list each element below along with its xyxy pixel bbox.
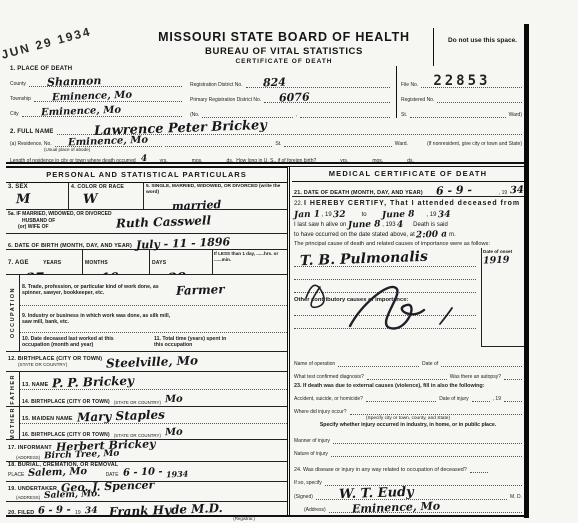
filed-year-prefix: 19 <box>75 510 81 516</box>
signed-label: (Signed) <box>294 494 313 500</box>
dotted-line <box>366 392 436 402</box>
dotted-line: Eminence, Mo <box>55 137 162 147</box>
dotted-line: 824 <box>246 78 390 88</box>
registration-district-row: Registration District No. 824 <box>190 73 390 88</box>
manner-row: Manner of injury <box>292 434 524 444</box>
no-label: (No. <box>190 112 199 118</box>
spouse-labels: 5a. IF MARRIED, WIDOWED, OR DIVORCED HUS… <box>8 211 112 232</box>
undertaker-address-label: (ADDRESS) <box>8 495 40 500</box>
signed-row: (Signed) W. T. Eudy M. D. <box>292 490 524 500</box>
dotted-line <box>333 434 522 444</box>
street-number-row: (No. , <box>190 103 390 118</box>
registered-no-row: Registered No. <box>401 88 522 103</box>
father-bp-sub: (STATE OR COUNTRY) <box>114 400 161 405</box>
race-label: 4. COLOR OR RACE <box>71 184 141 190</box>
st-ward-row: St. Ward) <box>401 103 522 118</box>
spouse-value: Ruth Casswell <box>115 214 210 229</box>
attended-from-value: Jan 1 <box>294 210 320 220</box>
birthplace-field: 12. BIRTHPLACE (CITY OR TOWN) (STATE OR … <box>6 352 287 372</box>
informant-label: 17. INFORMANT <box>8 445 52 451</box>
where-injury-row: Where did injury occur? <box>292 405 524 415</box>
dotted-line <box>202 108 292 118</box>
nonresident-note: (If nonresident, give city or town and S… <box>427 141 522 147</box>
spouse-label: 5a. IF MARRIED, WIDOWED, OR DIVORCED <box>8 211 112 218</box>
race-value: W <box>83 193 98 207</box>
sex-value: M <box>16 193 31 206</box>
filed-year-value: 34 <box>84 507 97 516</box>
dotted-line: W. T. Eudy <box>316 490 507 500</box>
certify-line-2: Jan 1 , 19 32 to June 8 , 19 34 <box>294 210 522 220</box>
certify-num: 22. <box>294 201 302 207</box>
onset-value: 1919 <box>483 255 510 265</box>
last-saw-value: June 8 <box>348 220 381 230</box>
burial-place-label: PLACE <box>8 472 24 478</box>
medical-certificate-column: MEDICAL CERTIFICATE OF DEATH 21. DATE OF… <box>292 167 524 515</box>
attended-to-value: June 8 <box>382 210 415 220</box>
personal-title: PERSONAL AND STATISTICAL PARTICULARS <box>6 167 287 183</box>
marital-value: married <box>172 199 222 209</box>
dotted-line: Shannon <box>29 77 182 87</box>
industry-field: 9. Industry or business in which work wa… <box>20 306 287 333</box>
accident-label: Accident, suicide, or homicide? <box>294 396 363 402</box>
m-label: m. <box>449 232 456 238</box>
dotted-line: 22853 <box>421 78 522 88</box>
age-label: 7. AGE <box>8 260 29 266</box>
cause-line: T. B. Pulmonalis <box>294 250 476 267</box>
sex-race-marital-row: 3. SEX M 4. COLOR OR RACE W 5. SINGLE, M… <box>6 183 287 210</box>
occurred-label: to have occurred on the date stated abov… <box>294 232 415 238</box>
informant-address-label: (ADDRESS) <box>8 455 40 460</box>
last-worked-field: 10. Date deceased last worked at this oc… <box>20 333 287 351</box>
informant-field: 17. INFORMANT Herbert Brickey (ADDRESS) … <box>6 440 287 462</box>
dotted-line <box>325 476 522 486</box>
full-name-row: 2. FULL NAME Lawrence Peter Brickey <box>10 120 522 135</box>
operation-label: Name of operation <box>294 361 335 367</box>
dotted-line <box>441 357 522 367</box>
age-years-cell: 7. AGE YEARS 37 <box>6 250 83 274</box>
full-name-section: 2. FULL NAME Lawrence Peter Brickey (a) … <box>10 120 522 162</box>
dotted-line <box>410 108 505 118</box>
physician-address-row: (Address) Eminence, Mo <box>292 503 524 513</box>
dotted-line <box>504 370 522 380</box>
marital-label: 5. SINGLE, MARRIED, WIDOWED, OR DIVORCED… <box>146 184 285 196</box>
city-row: City Eminence, Mo <box>10 102 182 117</box>
death-date-year-prefix: , 19 <box>499 190 507 196</box>
months-label: MONTHS <box>85 260 108 266</box>
death-said-label: Death is said <box>413 222 448 228</box>
operation-row: Name of operation Date of <box>292 357 524 367</box>
father-side-label-cell: FATHER <box>6 372 20 406</box>
md-label: M. D. <box>510 494 522 500</box>
primary-district-label: Primary Registration District No. <box>190 97 261 103</box>
onset-label: Date of onset <box>483 249 523 254</box>
medical-title: MEDICAL CERTIFICATE OF DEATH <box>292 167 524 182</box>
age-days-cell: DAYS 28 <box>150 250 213 274</box>
occupation-question-row: 24. Was disease or injury in any way rel… <box>292 463 524 473</box>
trade-value: Farmer <box>176 283 225 297</box>
burial-date-value: 6 - 10 - <box>122 467 162 478</box>
residence-ward-label: Ward. <box>395 141 408 147</box>
age-months-value: 10 <box>101 272 120 274</box>
nature-label: Nature of injury <box>294 451 328 457</box>
mother-bp-value: Mo <box>165 428 183 439</box>
file-number-column: File No. 22853 Registered No. St. Ward) <box>396 66 522 118</box>
age-less-cell: If LESS than 1 day, ......hrs. or ......… <box>213 250 287 274</box>
industry-label: 9. Industry or business in which work wa… <box>22 313 172 326</box>
township-label: Township <box>10 96 31 102</box>
dotted-line <box>294 303 476 316</box>
primary-district-row: Primary Registration District No. 6076 <box>190 88 390 103</box>
test-label: What test confirmed diagnosis? <box>294 374 364 380</box>
county-value: Shannon <box>47 75 102 88</box>
last-saw-label: I last saw h <box>294 222 324 228</box>
file-no-value: 22853 <box>433 74 490 88</box>
date-of-death-field: 21. DATE OF DEATH (MONTH, DAY, AND YEAR)… <box>292 182 524 197</box>
file-no-row: File No. 22853 <box>401 73 522 88</box>
place-of-death-section: 1. PLACE OF DEATH County Shannon Townshi… <box>10 66 522 118</box>
primary-district-value: 6076 <box>279 91 310 103</box>
comma: , <box>296 112 297 118</box>
abode-note: (Usual place of abode) <box>44 147 522 154</box>
age-row: 7. AGE YEARS 37 MONTHS 10 DAYS 28 If LES… <box>6 250 287 275</box>
certify-intro: I HEREBY CERTIFY, That I attended deceas… <box>304 200 520 207</box>
filed-field: 20. FILED 6 - 9 - 19 34 Frank Hyde M.D. … <box>6 502 287 520</box>
father-birthplace-field: 14. BIRTHPLACE (CITY OR TOWN) (STATE OR … <box>20 390 287 407</box>
st-label: St. <box>401 112 407 118</box>
filed-date-value: 6 - 9 - <box>38 505 71 516</box>
full-name-label: 2. FULL NAME <box>10 129 54 135</box>
no-space-note: Do not use this space. <box>448 37 517 44</box>
physician-address-label: (Address) <box>304 507 326 513</box>
total-time-label: 11. Total time (years) spent in this occ… <box>154 336 234 349</box>
last-worked-label: 10. Date deceased last worked at this oc… <box>22 336 142 349</box>
certify-line-4: to have occurred on the date stated abov… <box>294 230 522 240</box>
received-date-stamp: JUN 29 1934 <box>0 24 93 62</box>
dotted-line <box>284 137 391 147</box>
filed-label: 20. FILED <box>8 510 34 516</box>
marital-field: 5. SINGLE, MARRIED, WIDOWED, OR DIVORCED… <box>144 183 287 209</box>
mother-side-label-cell: MOTHER <box>6 407 20 439</box>
mother-side-label: MOTHER <box>10 407 16 440</box>
right-border-bar <box>524 24 529 518</box>
board-title: MISSOURI STATE BOARD OF HEALTH <box>138 30 430 46</box>
dotted-line <box>350 405 522 415</box>
age-years-value: 37 <box>26 272 45 274</box>
test-row: What test confirmed diagnosis? Was there… <box>292 370 524 380</box>
injury-year-suffix: , 19 <box>493 396 501 402</box>
dotted-line <box>338 357 419 367</box>
burial-place-value: Salem, Mo <box>28 467 87 479</box>
father-name-field: 13. NAME P. P. Brickey <box>20 372 287 390</box>
to-year-prefix: , 19 <box>426 212 436 218</box>
certify-line-3: I last saw h alive on June 8 , 193 4 Dea… <box>294 220 522 230</box>
death-certificate-scan: JUN 29 1934 MISSOURI STATE BOARD OF HEAL… <box>0 0 578 523</box>
dotted-line: Lawrence Peter Brickey <box>57 125 522 135</box>
father-block: FATHER 13. NAME P. P. Brickey 14. BIRTHP… <box>6 372 287 407</box>
place-of-death-column: 1. PLACE OF DEATH County Shannon Townshi… <box>10 66 182 118</box>
residence-row: (a) Residence, No. Eminence, Mo St. Ward… <box>10 135 522 147</box>
occupation-block: OCCUPATION 8. Trade, profession, or part… <box>6 275 287 352</box>
date-of-onset-box: Date of onset 1919 <box>481 248 524 347</box>
registration-district-label: Registration District No. <box>190 82 243 88</box>
dotted-line: Eminence, Mo <box>22 107 182 117</box>
principal-cause-label: The principal cause of death and related… <box>294 240 522 248</box>
residence-st-label: St. <box>275 141 281 147</box>
occupation-fields: 8. Trade, profession, or particular kind… <box>20 275 287 351</box>
occupation-side-label-cell: OCCUPATION <box>6 275 20 351</box>
father-bp-value: Mo <box>165 395 183 406</box>
where-injury-label: Where did injury occur? <box>294 409 347 415</box>
date-of-birth-field: 6. DATE OF BIRTH (MONTH, DAY, AND YEAR) … <box>6 234 287 250</box>
mother-block: MOTHER 15. MAIDEN NAME Mary Staples 16. … <box>6 407 287 440</box>
dotted-line <box>294 316 476 329</box>
father-side-label: FATHER <box>10 374 16 405</box>
from-year-prefix: , 19 <box>322 212 332 218</box>
dotted-line <box>470 463 488 473</box>
city-label: City <box>10 111 19 117</box>
age-months-cell: MONTHS 10 <box>83 250 150 274</box>
dotted-line: 6076 <box>264 93 390 103</box>
township-value: Eminence, Mo <box>51 91 131 104</box>
mother-maiden-value: Mary Staples <box>76 408 164 423</box>
form-header: MISSOURI STATE BOARD OF HEALTH BUREAU OF… <box>138 30 430 66</box>
mother-bp-label: 16. BIRTHPLACE (CITY OR TOWN) <box>22 432 110 438</box>
father-bp-label: 14. BIRTHPLACE (CITY OR TOWN) <box>22 399 110 405</box>
dotted-line <box>437 93 522 103</box>
years-label: YEARS <box>43 260 61 266</box>
dotted-line <box>165 137 272 147</box>
burial-year-value: 1934 <box>166 470 189 479</box>
to-label: to <box>362 212 367 218</box>
spouse-field: 5a. IF MARRIED, WIDOWED, OR DIVORCED HUS… <box>6 210 287 234</box>
county-label: County <box>10 81 26 87</box>
undertaker-address-value: Salem, Mo. <box>44 490 100 501</box>
father-name-value: P. P. Brickey <box>52 374 134 389</box>
last-year-value: 4 <box>397 220 404 229</box>
occupation-side-label: OCCUPATION <box>10 287 16 338</box>
physician-address-value: Eminence, Mo <box>352 500 440 514</box>
nature-row: Nature of injury <box>292 447 524 457</box>
race-field: 4. COLOR OR RACE W <box>69 183 144 209</box>
certify-line-1: 22. I HEREBY CERTIFY, That I attended de… <box>294 199 522 210</box>
dotted-line <box>300 108 390 118</box>
mother-maiden-field: 15. MAIDEN NAME Mary Staples <box>20 407 287 424</box>
age-less-note: If LESS than 1 day, ......hrs. or ......… <box>214 251 286 263</box>
county-row: County Shannon <box>10 72 182 87</box>
wife-of-label: (or) WIFE OF <box>8 224 112 231</box>
death-date-year: 34 <box>510 186 524 196</box>
personal-particulars-column: PERSONAL AND STATISTICAL PARTICULARS 3. … <box>6 167 290 515</box>
dotted-line <box>294 280 476 293</box>
dob-label: 6. DATE OF BIRTH (MONTH, DAY, AND YEAR) <box>8 243 132 249</box>
bureau-title: BUREAU OF VITAL STATISTICS <box>138 46 430 58</box>
injury-date-label: Date of injury <box>439 396 468 402</box>
occupation-question-label: 24. Was disease or injury in any way rel… <box>294 467 467 473</box>
dotted-line <box>331 447 522 457</box>
dotted-line <box>294 267 476 280</box>
operation-date-label: Date of <box>422 361 438 367</box>
external-causes-label: 23. If death was due to external causes … <box>294 383 485 389</box>
age-days-value: 28 <box>168 272 187 274</box>
ward-label: Ward) <box>509 112 522 118</box>
informant-address-value: Birch Tree, Mo <box>44 450 120 462</box>
dotted-line <box>472 392 490 402</box>
last-year-prefix: , 193 <box>382 222 395 228</box>
from-year-value: 32 <box>333 210 346 219</box>
registration-column: Registration District No. 824 Primary Re… <box>182 66 396 118</box>
specify-city-note: (Specify city or town, county, and State… <box>292 416 524 421</box>
cause-of-death-area: Date of onset 1919 T. B. Pulmonalis Othe… <box>292 248 524 354</box>
township-row: Township Eminence, Mo <box>10 87 182 102</box>
physician-signature: W. T. Eudy <box>339 486 414 502</box>
dotted-line <box>367 370 447 380</box>
death-date-value: 6 - 9 - <box>436 184 472 196</box>
specify-place-note: Specify whether injury occurred in indus… <box>292 422 524 428</box>
if-so-label: If so, specify <box>294 480 322 486</box>
autopsy-label: Was there an autopsy? <box>450 374 501 380</box>
manner-label: Manner of injury <box>294 438 330 444</box>
dotted-line <box>504 392 522 402</box>
registered-no-label: Registered No. <box>401 97 434 103</box>
file-no-label: File No. <box>401 82 418 88</box>
external-causes-row: 23. If death was due to external causes … <box>292 383 524 389</box>
birthplace-sub-label: (STATE OR COUNTRY) <box>8 362 102 367</box>
days-label: DAYS <box>152 260 166 266</box>
trade-label: 8. Trade, profession, or particular kind… <box>22 284 172 297</box>
certify-paragraph: 22. I HEREBY CERTIFY, That I attended de… <box>292 197 524 248</box>
mother-maiden-label: 15. MAIDEN NAME <box>22 416 73 422</box>
birthplace-value: Steelville, Mo <box>106 354 198 369</box>
dob-value: July - 11 - 1896 <box>136 236 230 250</box>
sex-label: 3. SEX <box>8 184 66 190</box>
death-date-label: 21. DATE OF DEATH (MONTH, DAY, AND YEAR) <box>294 190 423 196</box>
dotted-line: Eminence, Mo <box>329 503 522 513</box>
accident-row: Accident, suicide, or homicide? Date of … <box>292 392 524 402</box>
father-name-label: 13. NAME <box>22 382 48 388</box>
certificate-title: CERTIFICATE OF DEATH <box>138 58 430 66</box>
dotted-line: Eminence, Mo <box>34 92 182 102</box>
trade-field: 8. Trade, profession, or particular kind… <box>20 275 287 306</box>
residence-value: Eminence, Mo <box>67 136 147 149</box>
sex-field: 3. SEX M <box>6 183 69 209</box>
registrar-signature: Frank Hyde M.D. <box>109 502 223 518</box>
time-of-death-value: 2:00 a <box>416 230 447 240</box>
to-year-value: 34 <box>438 210 451 219</box>
alive-label: alive on <box>326 222 347 228</box>
cause-value: T. B. Pulmonalis <box>300 250 428 268</box>
header-divider <box>433 28 434 66</box>
burial-date-label: DATE <box>106 472 119 478</box>
registration-district-value: 824 <box>263 77 286 89</box>
undertaker-field: 19. UNDERTAKER Geo. J. Spencer (ADDRESS)… <box>6 482 287 502</box>
city-value: Eminence, Mo <box>41 106 121 119</box>
